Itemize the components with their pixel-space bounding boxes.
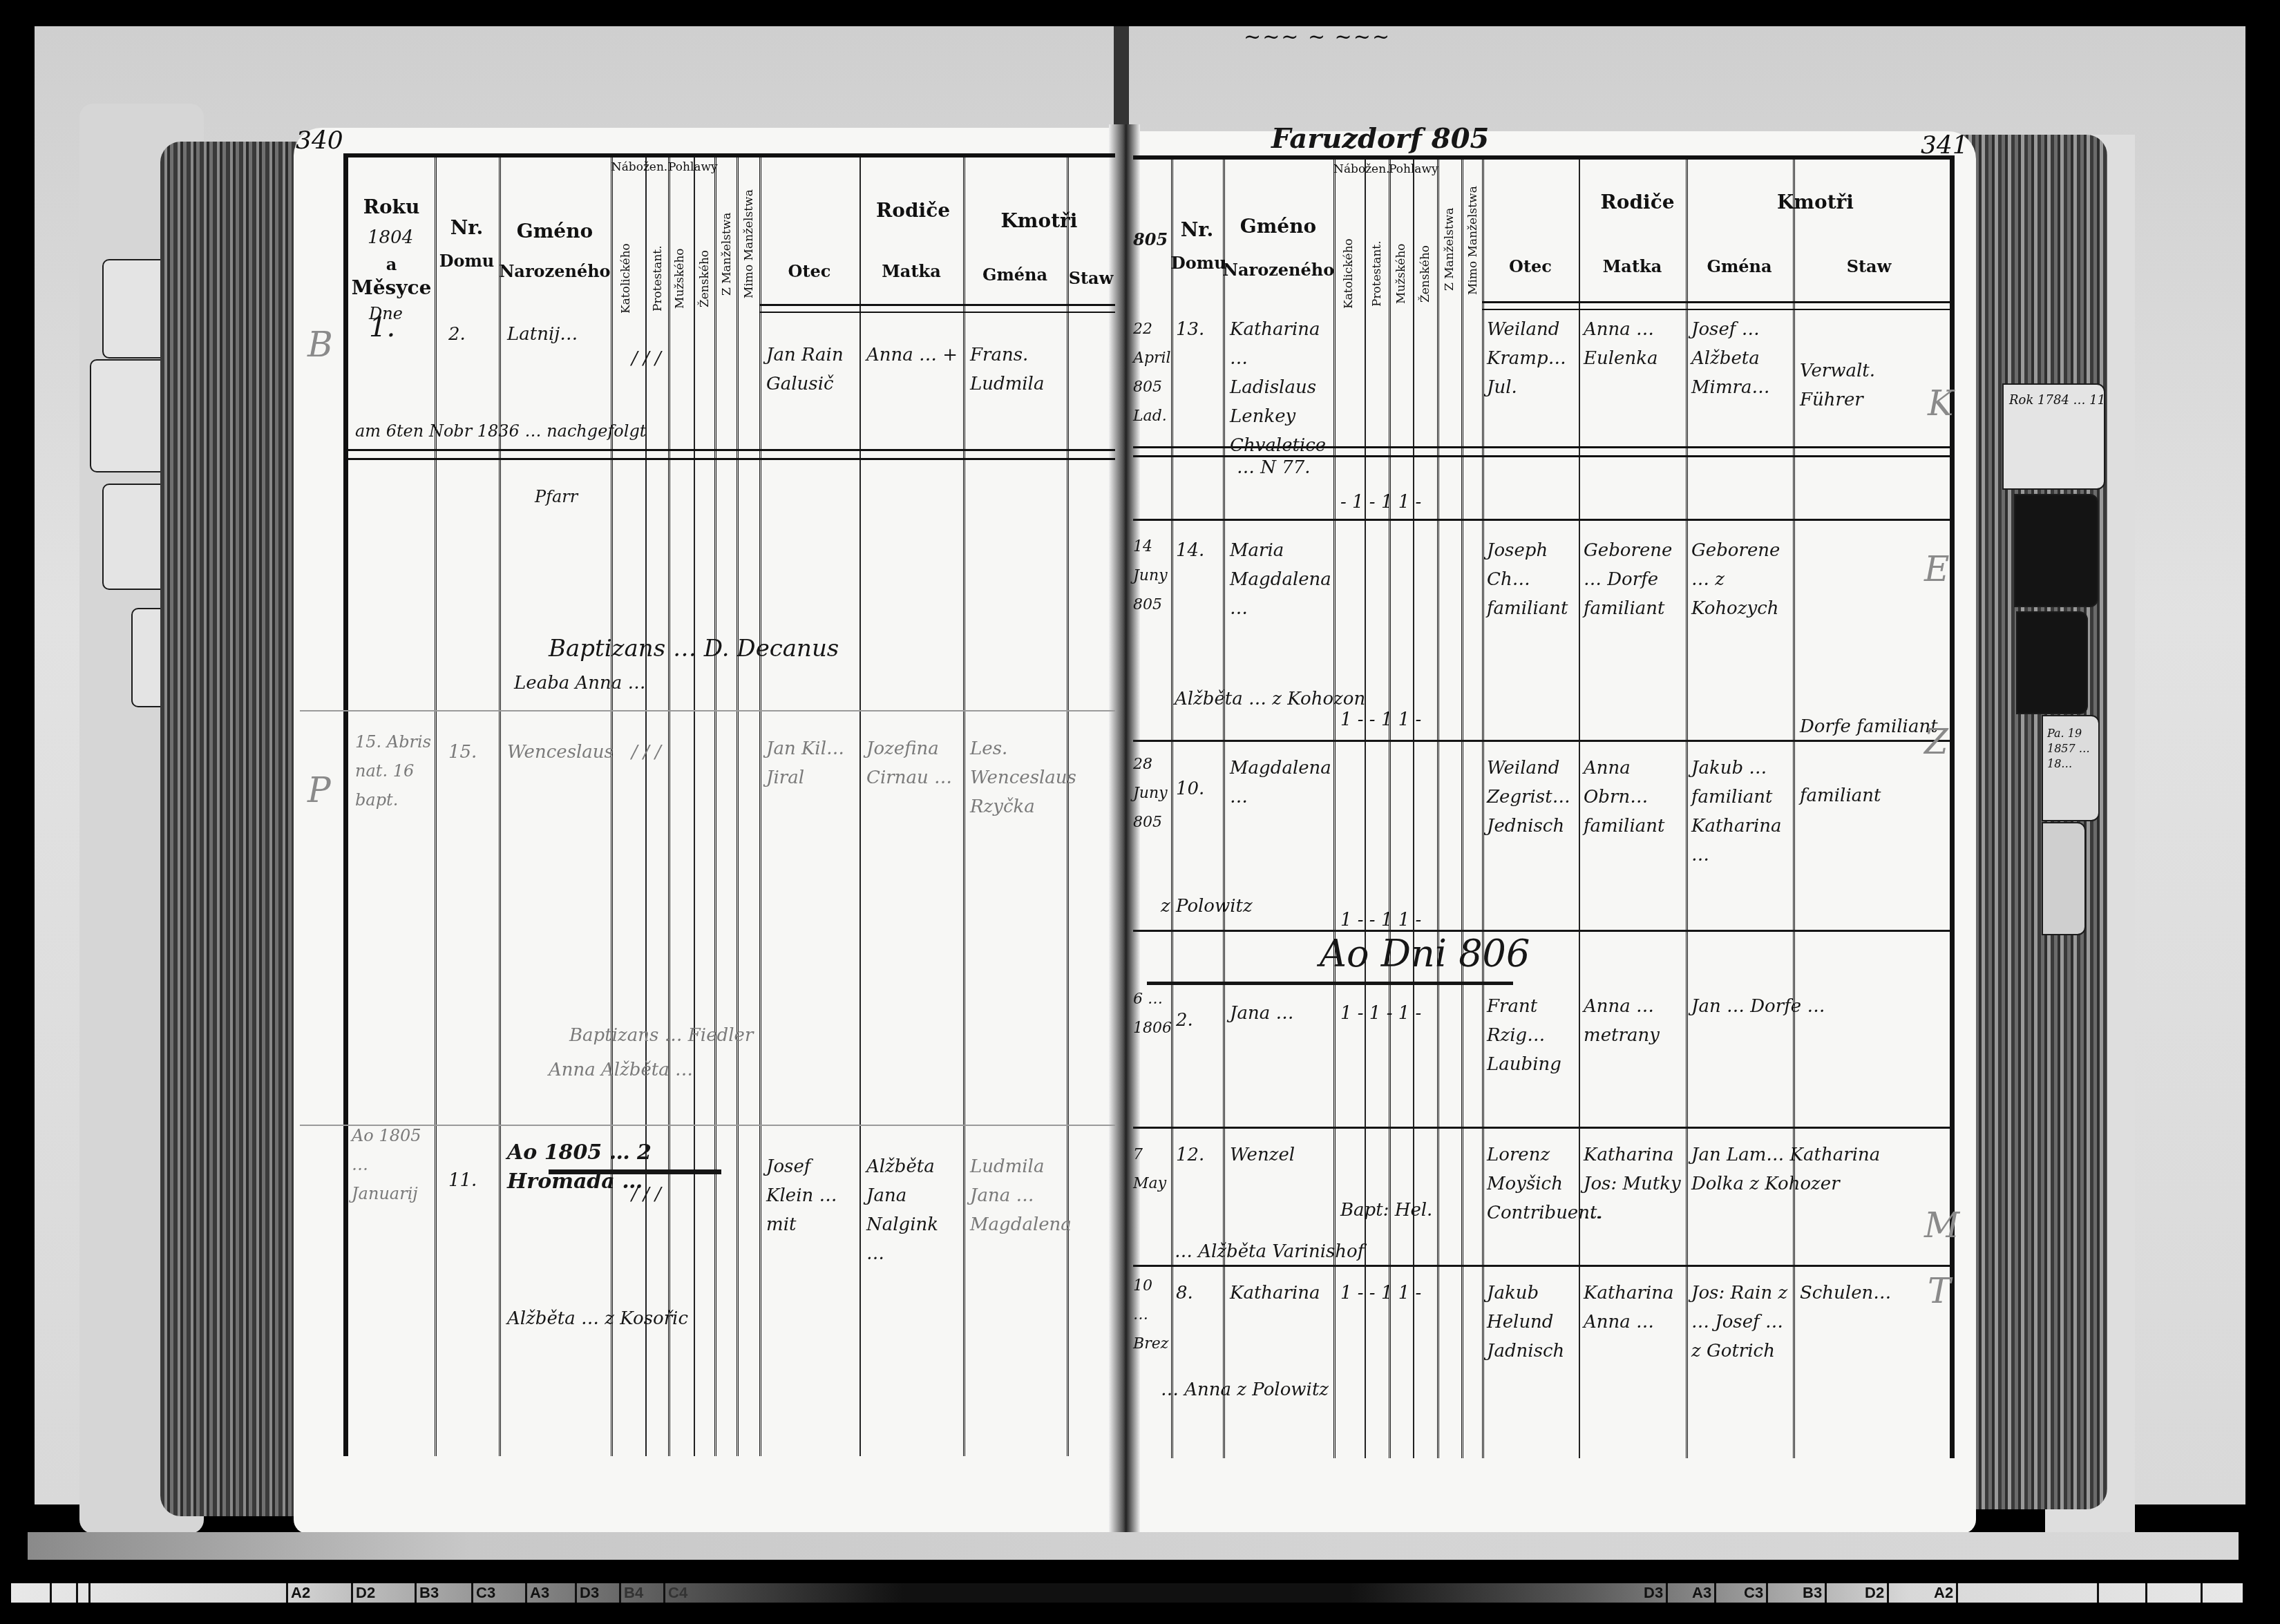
entry-marks: 1 - 1 - 1 - [1340, 999, 1421, 1028]
entry-godparents: Jan … Dorfe … [1691, 992, 1899, 1021]
page-edges-right [1962, 135, 2107, 1509]
header-matka: Matka [1579, 256, 1686, 276]
entry-name: Magdalena … [1230, 754, 1333, 812]
margin-letter: M [1924, 1205, 1959, 1245]
header-gmena: Gména [963, 265, 1067, 285]
entry-status: Dorfe familiant [1800, 712, 1938, 741]
entry-marks: 1 - - 1 1 - [1340, 705, 1421, 734]
entry-marks: / / / [631, 738, 661, 767]
entry-godparents: Jakub … familiant Katharina … [1691, 754, 1792, 870]
header-z-manzelstwa: Z Manželstwa [720, 185, 734, 323]
header-mimo-manzelstwa: Mimo Manželstwa [1466, 163, 1480, 318]
entry-mother: Jozefina Cirnau … [866, 734, 960, 792]
entry-date: 6 … 1806 [1133, 985, 1171, 1043]
entry-house: 8. [1176, 1279, 1193, 1308]
header-a: a [348, 254, 435, 274]
header-domu: Domu [435, 251, 499, 271]
entry-name: Maria Magdalena … [1230, 536, 1333, 623]
header-nabozen: Nábožen. [611, 161, 668, 173]
film-index-strip [11, 1583, 2243, 1603]
header-staw: Staw [1067, 268, 1115, 288]
header-roku: Roku [348, 195, 435, 218]
tab-label: Pa. 19 1857 … 18… [2047, 726, 2096, 772]
entry-name: Wenzel [1230, 1140, 1295, 1169]
entry-father: Jakub Helund Jadnisch [1487, 1279, 1577, 1366]
index-tab[interactable]: Rok 1784 … 11 [2002, 383, 2105, 490]
strip-label: D3 [1641, 1583, 1668, 1603]
entry-date: 1. [369, 313, 395, 342]
strip-tick [88, 1583, 121, 1603]
entry-mother: Anna … Eulenka [1584, 315, 1684, 373]
tab-label: Rok 1784 … 11 [2009, 393, 2105, 408]
strip-label: A3 [1689, 1583, 1716, 1603]
header-pohlawy: Pohlawy [668, 161, 714, 173]
entry-godparents: Ludmila Jana … Magdalena [970, 1152, 1063, 1239]
margin-letter: T [1928, 1271, 1950, 1311]
strip-label: B4 [619, 1583, 643, 1603]
strip-tick [2097, 1583, 2102, 1603]
entry-name: Ao 1805 … 2 Hromada … [507, 1138, 749, 1196]
entry-father: Lorenz Moyšich Contribuent. [1487, 1140, 1577, 1227]
strip-label: C3 [471, 1583, 495, 1603]
top-edge-scribble: ~~~ ~ ~~~ [1244, 25, 1391, 49]
entry-name: Wenceslaus [507, 738, 614, 767]
header-domu: Domu [1171, 253, 1223, 273]
microfilm-frame: ~~~ ~ ~~~ Rok 1784 … 11 Pa. 19 1857 … 18… [0, 0, 2280, 1624]
entry-name: Katharina … Ladislaus Lenkey Chvaletice [1175, 315, 1333, 460]
entry-mother: Katharina Anna … [1584, 1279, 1684, 1337]
entry-marks: Bapt: Hel. [1340, 1196, 1432, 1225]
entry-date: 7 May [1133, 1140, 1171, 1198]
header-otec: Otec [1482, 256, 1579, 276]
header-nr: Nr. [1171, 218, 1223, 241]
entry-house: 2. [1176, 1006, 1193, 1035]
entry-name: Jana … [1230, 999, 1333, 1028]
strip-label: A2 [286, 1583, 310, 1603]
header-mimo-manzelstwa: Mimo Manželstwa [742, 164, 756, 323]
entry-mother: Katharina Jos: Mutky … [1584, 1140, 1684, 1227]
entry-note: … Alžběta Varinishof [1175, 1237, 1364, 1266]
entry-date: 22 April 805 Lad. [1133, 315, 1171, 431]
entry-godparents: Frans. Ludmila [970, 341, 1063, 399]
entry-status: familiant [1800, 781, 1881, 810]
header-matka: Matka [859, 261, 963, 281]
strip-label: D2 [351, 1583, 375, 1603]
header-nabozen: Nábožen. [1333, 163, 1389, 175]
entry-marks: 1 - - 1 1 - [1340, 1279, 1421, 1308]
entry-note: … N 77. [1237, 453, 1311, 482]
entry-date: 15. Abris nat. 16 bapt. [355, 727, 431, 814]
entry-note: am 6ten Nobr 1836 … nachgefolgt [355, 417, 742, 446]
header-kmotri: Kmotři [1686, 191, 1945, 213]
entry-note: Alžběta … z Kosořic [507, 1304, 749, 1333]
entry-mother: Geborene … Dorfe familiant [1584, 536, 1684, 623]
entry-father: Jan Kil… Jiral [766, 734, 856, 792]
entry-note: z Polowitz [1161, 892, 1253, 921]
header-pohlawy: Pohlawy [1389, 163, 1437, 175]
header-kmotri: Kmotři [963, 209, 1115, 232]
entry-mother: Anna Obrn… familiant [1584, 754, 1684, 841]
index-tab[interactable]: Pa. 19 1857 … 18… [2042, 715, 2100, 821]
strip-label: C4 [663, 1583, 687, 1603]
header-otec: Otec [759, 261, 859, 281]
page-number-left: 340 [296, 126, 343, 155]
header-protestant: Protestant. [1370, 229, 1384, 318]
page-edges-left [160, 142, 298, 1516]
strip-tick [2145, 1583, 2151, 1603]
index-tab[interactable] [2042, 822, 2086, 935]
header-muzskeho: Mužského [1394, 229, 1408, 318]
margin-letter: Z [1924, 722, 1948, 762]
header-gmena: Gména [1686, 256, 1793, 276]
header-nr: Nr. [435, 216, 499, 239]
header-staw: Staw [1793, 256, 1945, 276]
header-muzskeho: Mužského [673, 233, 687, 323]
header-year: 805 [1133, 225, 1168, 254]
margin-letter: K [1928, 383, 1953, 423]
entry-house: 2. [448, 320, 466, 349]
margin-letter: E [1924, 549, 1950, 589]
entry-father: Jan Rain Galusič [766, 341, 856, 399]
header-z-manzelstwa: Z Manželstwa [1443, 180, 1456, 318]
right-register-table: 805 Nr. Domu Gméno Narozeného Nábožen. K… [1133, 155, 1955, 1458]
header-katolickeho: Katolického [1342, 229, 1356, 318]
entry-marks: / / / [631, 1180, 661, 1209]
entry-date: 28 Juny 805 [1133, 750, 1171, 837]
entry-note: … Anna z Polowitz [1161, 1375, 1329, 1404]
entry-father: Weiland Zegrist… Jednisch [1487, 754, 1577, 841]
strip-label: B3 [1800, 1583, 1827, 1603]
entry-father: Frant Rzig… Laubing [1487, 992, 1577, 1079]
strip-label: D2 [1862, 1583, 1889, 1603]
strip-label: A2 [1931, 1583, 1958, 1603]
entry-marks: - 1 - 1 1 - [1340, 488, 1421, 517]
entry-name: Katharina [1230, 1279, 1320, 1308]
header-katolickeho: Katolického [619, 233, 633, 323]
left-register-table: Roku 1804 a Měsyce Dne Nr. Domu Gméno Na… [343, 153, 1115, 1456]
entry-signature: Pfarr [535, 482, 578, 511]
entry-godparents: Jos: Rain z … Josef … z Gotrich [1691, 1279, 1792, 1366]
header-gmeno: Gméno [499, 220, 611, 242]
entry-note: Alžběta … z Kohozon [1175, 685, 1365, 714]
entry-father: Weiland Kramp… Jul. [1487, 315, 1577, 402]
strip-label: A3 [525, 1583, 549, 1603]
header-narozeneho: Narozeného [1223, 260, 1333, 280]
strip-label: C3 [1741, 1583, 1768, 1603]
entry-name: Latnij… [507, 320, 578, 349]
margin-letter: B [307, 325, 333, 365]
entry-godparents: Josef … Alžbeta Mimra… [1691, 315, 1792, 402]
entry-status: Schulen… [1800, 1279, 1891, 1308]
entry-date: Ao 1805 … Januarij [352, 1121, 428, 1208]
entry-marks: / / / [631, 344, 661, 373]
entry-note: Baptizans … D. Decanus [549, 634, 839, 663]
film-edge [28, 1532, 2239, 1560]
right-page-heading: Faruzdorf 805 [1271, 124, 1489, 153]
header-protestant: Protestant. [651, 233, 665, 323]
entry-date: 14 Juny 805 [1133, 533, 1171, 620]
strip-tick [2201, 1583, 2206, 1603]
entry-date: 10 … Brez [1133, 1272, 1171, 1359]
entry-godparents: Geborene … z Kohozych [1691, 536, 1792, 623]
header-mesyce: Měsyce [348, 276, 435, 299]
index-tab[interactable] [2014, 494, 2098, 607]
entry-house: 11. [448, 1166, 477, 1195]
entry-house: 15. [448, 738, 477, 767]
entry-mother: Alžběta Jana Nalgink … [866, 1152, 960, 1268]
entry-note: Leaba Anna … [514, 669, 646, 698]
strip-label: D3 [575, 1583, 599, 1603]
entry-mother: Anna … + [866, 341, 960, 370]
entry-mother: Anna … metrany [1584, 992, 1684, 1050]
header-narozeneho: Narozeného [499, 261, 611, 281]
header-gmeno: Gméno [1223, 215, 1333, 238]
header-year: 1804 [368, 223, 413, 252]
entry-note: Anna Alžběta … [549, 1055, 693, 1085]
margin-letter: P [307, 770, 331, 810]
entry-father: Joseph Ch… familiant [1487, 536, 1577, 623]
entry-house: 12. [1176, 1140, 1204, 1169]
header-zenskeho: Ženského [698, 233, 712, 323]
index-tab[interactable] [2016, 611, 2088, 714]
entry-father: Josef Klein … mit [766, 1152, 856, 1239]
entry-house: 14. [1176, 536, 1204, 565]
entry-note: Baptizans … Fiedler [569, 1021, 753, 1050]
entry-godparents: Jan Lam… Katharina Dolka z Kohozer [1691, 1140, 1899, 1198]
header-zenskeho: Ženského [1418, 229, 1432, 318]
entry-status: Verwalt. Führer [1800, 356, 1938, 414]
entry-godparents: Les. Wenceslaus Rzyčka [970, 734, 1063, 821]
strip-label: B3 [415, 1583, 439, 1603]
entry-house: 10. [1176, 774, 1204, 803]
year-heading: Ao Dni 806 [1320, 933, 1530, 975]
